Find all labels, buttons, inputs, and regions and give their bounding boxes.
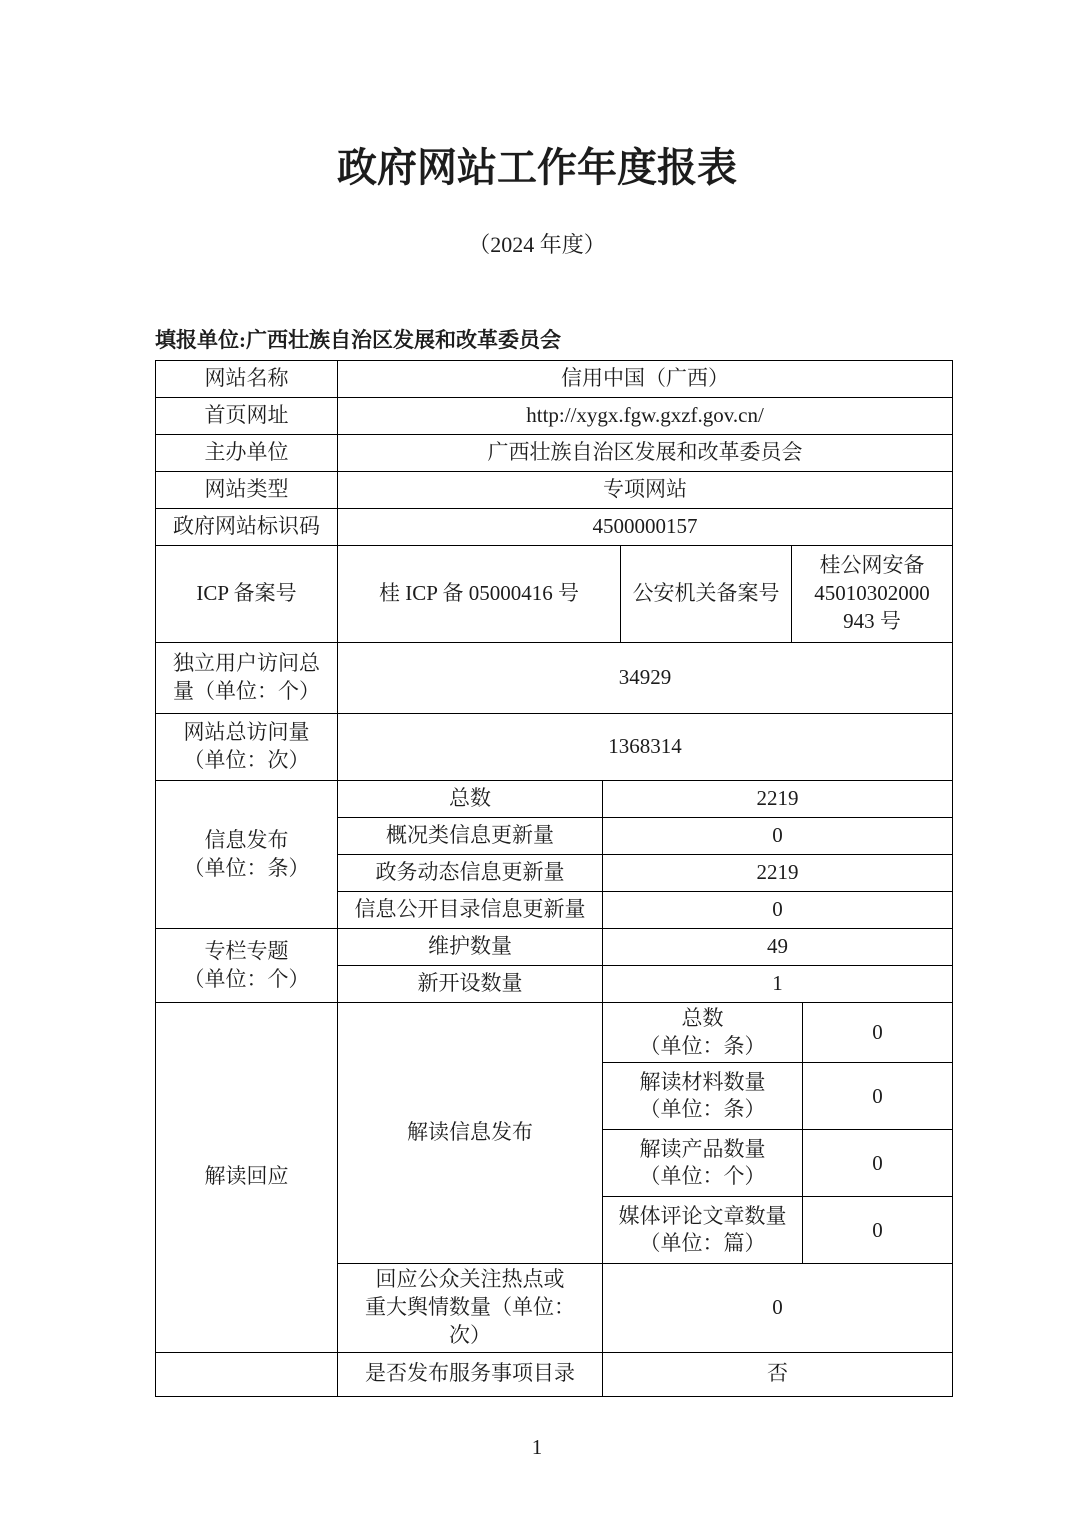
open-catalog-update-value: 0	[603, 892, 953, 929]
police-record-value: 桂公网安备 45010302000 943 号	[792, 546, 953, 643]
icp-number-value: 桂 ICP 备 05000416 号	[338, 546, 621, 643]
website-type-value: 专项网站	[338, 472, 953, 509]
table-row: 网站名称 信用中国（广西）	[156, 361, 953, 398]
interp-material-value: 0	[803, 1063, 953, 1130]
interp-product-label: 解读产品数量 （单位：个）	[603, 1130, 803, 1197]
site-id-value: 4500000157	[338, 509, 953, 546]
new-opened-count-label: 新开设数量	[338, 966, 603, 1003]
homepage-url-value: http://xygx.fgw.gxzf.gov.cn/	[338, 398, 953, 435]
website-type-label: 网站类型	[156, 472, 338, 509]
total-visits-label: 网站总访问量 （单位：次）	[156, 714, 338, 781]
table-row: 网站总访问量 （单位：次） 1368314	[156, 714, 953, 781]
website-name-label: 网站名称	[156, 361, 338, 398]
interp-material-label: 解读材料数量 （单位：条）	[603, 1063, 803, 1130]
maintained-count-value: 49	[603, 929, 953, 966]
info-total-value: 2219	[603, 781, 953, 818]
table-row: 信息发布 （单位：条） 总数 2219	[156, 781, 953, 818]
maintained-count-label: 维护数量	[338, 929, 603, 966]
hotspot-response-label: 回应公众关注热点或 重大舆情数量（单位： 次）	[338, 1264, 603, 1352]
new-opened-count-value: 1	[603, 966, 953, 1003]
table-row: 解读回应 解读信息发布 总数 （单位：条） 0	[156, 1003, 953, 1063]
overview-update-value: 0	[603, 818, 953, 855]
interpretation-group-label: 解读回应	[156, 1003, 338, 1353]
info-publish-group-label: 信息发布 （单位：条）	[156, 781, 338, 929]
special-topics-group-label: 专栏专题 （单位：个）	[156, 929, 338, 1003]
total-visits-value: 1368314	[338, 714, 953, 781]
table-row: ICP 备案号 桂 ICP 备 05000416 号 公安机关备案号 桂公网安备…	[156, 546, 953, 643]
interp-total-label: 总数 （单位：条）	[603, 1003, 803, 1063]
interpretation-publish-label: 解读信息发布	[338, 1003, 603, 1264]
document-title: 政府网站工作年度报表	[0, 0, 1074, 188]
unique-visitors-value: 34929	[338, 643, 953, 714]
info-total-label: 总数	[338, 781, 603, 818]
icp-label: ICP 备案号	[156, 546, 338, 643]
empty-cell	[156, 1352, 338, 1396]
page-number: 1	[0, 1437, 1074, 1458]
hotspot-response-value: 0	[603, 1264, 953, 1352]
table-row: 主办单位 广西壮族自治区发展和改革委员会	[156, 435, 953, 472]
table-row: 首页网址 http://xygx.fgw.gxzf.gov.cn/	[156, 398, 953, 435]
media-comment-label: 媒体评论文章数量 （单位：篇）	[603, 1197, 803, 1264]
document-subtitle: （2024 年度）	[0, 234, 1074, 256]
sponsor-unit-value: 广西壮族自治区发展和改革委员会	[338, 435, 953, 472]
overview-update-label: 概况类信息更新量	[338, 818, 603, 855]
homepage-url-label: 首页网址	[156, 398, 338, 435]
document-page: 政府网站工作年度报表 （2024 年度） 填报单位:广西壮族自治区发展和改革委员…	[0, 0, 1074, 1520]
open-catalog-update-label: 信息公开目录信息更新量	[338, 892, 603, 929]
interp-total-value: 0	[803, 1003, 953, 1063]
service-catalog-label: 是否发布服务事项目录	[338, 1352, 603, 1396]
table-row: 网站类型 专项网站	[156, 472, 953, 509]
table-row: 专栏专题 （单位：个） 维护数量 49	[156, 929, 953, 966]
annual-report-table: 网站名称 信用中国（广西） 首页网址 http://xygx.fgw.gxzf.…	[155, 360, 953, 1397]
gov-news-update-label: 政务动态信息更新量	[338, 855, 603, 892]
table-row: 是否发布服务事项目录 否	[156, 1352, 953, 1396]
police-record-label: 公安机关备案号	[621, 546, 792, 643]
gov-news-update-value: 2219	[603, 855, 953, 892]
unique-visitors-label: 独立用户访问总 量（单位：个）	[156, 643, 338, 714]
media-comment-value: 0	[803, 1197, 953, 1264]
reporting-unit-line: 填报单位:广西壮族自治区发展和改革委员会	[155, 330, 1074, 351]
sponsor-unit-label: 主办单位	[156, 435, 338, 472]
website-name-value: 信用中国（广西）	[338, 361, 953, 398]
service-catalog-value: 否	[603, 1352, 953, 1396]
table-row: 政府网站标识码 4500000157	[156, 509, 953, 546]
table-row: 独立用户访问总 量（单位：个） 34929	[156, 643, 953, 714]
site-id-label: 政府网站标识码	[156, 509, 338, 546]
interp-product-value: 0	[803, 1130, 953, 1197]
